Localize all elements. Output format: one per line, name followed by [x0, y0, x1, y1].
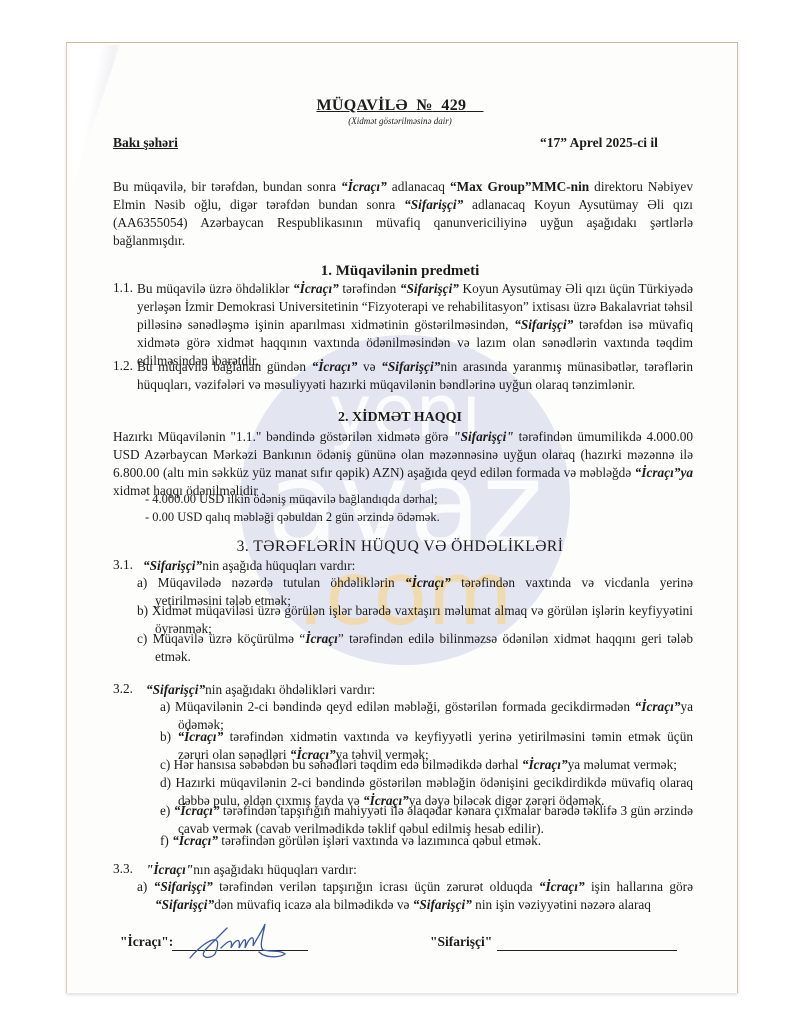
clause-3-2: “Sifarişçi”nin aşağıdakı öhdəlikləri var…: [146, 681, 702, 699]
executor-signature-label: "İcraçı":: [120, 934, 173, 950]
clause-number: 3.1.: [113, 557, 133, 573]
number-symbol: №: [416, 97, 432, 114]
company-name: “Max Group”MMC-nin: [450, 179, 589, 194]
executor-signature: [185, 920, 295, 962]
contract-date: “17” Aprel 2025-ci il: [540, 135, 658, 151]
section-2-heading: 2. XİDMƏT HAQQI: [0, 410, 800, 426]
contract-subtitle: (Xidmət göstərilməsinə dair): [0, 116, 800, 126]
clause-1-2: Bu müqavilə bağlanan gündən “İcraçı” və …: [137, 358, 693, 394]
clause-number: 1.1.: [113, 280, 133, 296]
clause-3-1-c: c) Müqavilə üzrə köçürülmə “İcraçı” tərə…: [137, 630, 693, 666]
client-signature-label: "Sifarişçi": [430, 934, 492, 950]
clause-1-1: Bu müqavilə üzrə öhdəliklər “İcraçı” tər…: [137, 280, 693, 370]
payment-item: - 0.00 USD qalıq məbləği qəbuldan 2 gün …: [145, 508, 440, 526]
document-content: MÜQAVİLƏ № 429 (Xidmət göstərilməsinə da…: [0, 0, 800, 1036]
section-1-heading: 1. Müqavilənin predmeti: [0, 263, 800, 280]
clause-3-2-c: c) Hər hansısa səbəbdən bu sənədləri təq…: [160, 756, 693, 774]
clause-number: 3.3.: [113, 861, 133, 877]
clause-3-2-f: f) “İcraçı” tərəfindən görülən işləri va…: [160, 832, 693, 850]
party-client: “Sifarişçi”: [404, 197, 463, 212]
clause-number: 3.2.: [113, 681, 133, 697]
clause-3-1: “Sifarişçi”nin aşağıda hüquqları vardır:: [143, 557, 699, 575]
client-signature-line: [497, 950, 677, 951]
intro-paragraph: Bu müqavilə, bir tərəfdən, bundan sonra …: [113, 178, 693, 250]
title-text: MÜQAVİLƏ: [317, 97, 408, 114]
clause-3-3-a: a) “Sifarişçi” tərəfindən verilən tapşır…: [137, 878, 693, 914]
contract-title: MÜQAVİLƏ № 429: [0, 97, 800, 115]
clause-number: 1.2.: [113, 358, 133, 374]
clause-3-3: "İcraçı"nın aşağıdakı hüquqları vardır:: [146, 861, 702, 879]
contract-city: Bakı şəhəri: [113, 135, 178, 151]
contract-number: 429: [441, 97, 466, 114]
party-executor: “İcraçı”: [341, 179, 387, 194]
payment-item: - 4.000.00 USD ilkin ödəniş müqavilə bağ…: [145, 490, 438, 508]
section-3-heading: 3. TƏRƏFLƏRİN HÜQUQ VƏ ÖHDƏLİKLƏRİ: [0, 538, 800, 556]
